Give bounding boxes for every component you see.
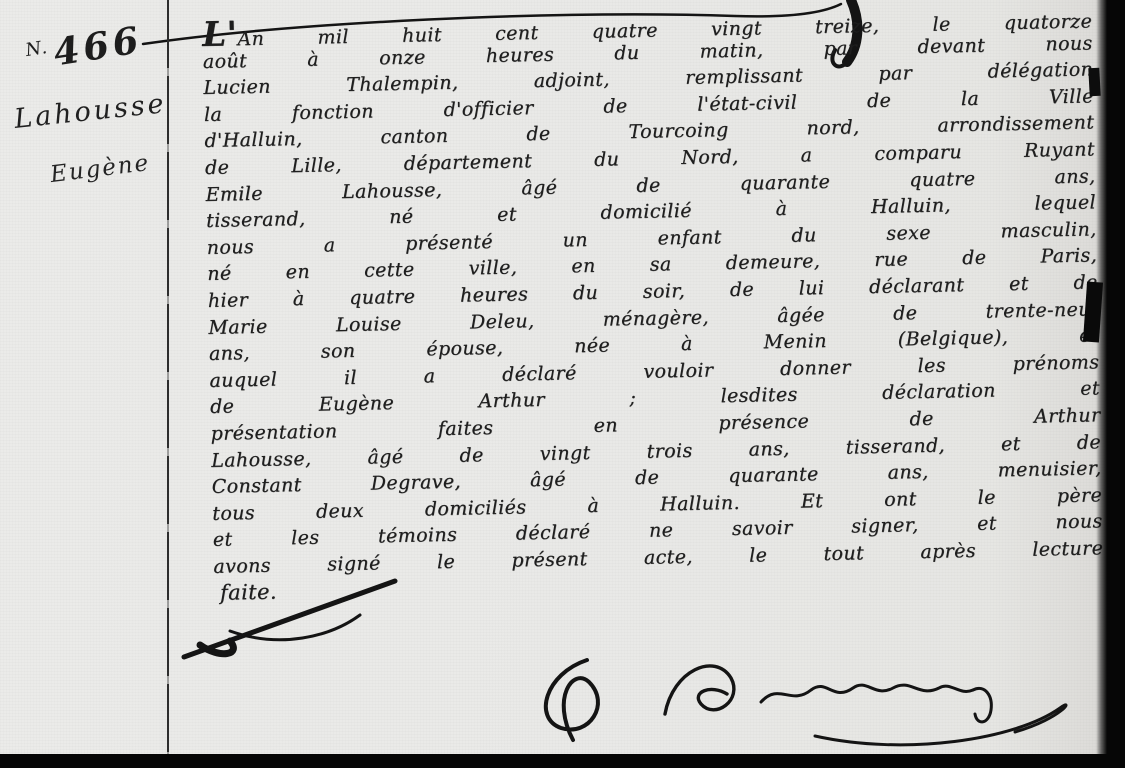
margin-rule — [167, 0, 169, 754]
act-number: N. 466 — [23, 17, 145, 79]
page-edge-right — [1096, 0, 1125, 768]
margin-surname: Lahousse — [13, 88, 168, 135]
margin-given-name: Eugène — [49, 150, 152, 188]
act-number-label: N. — [24, 37, 49, 61]
page-edge-bottom — [0, 754, 1125, 768]
civil-register-scan: N. 466 Lahousse Eugène L'An mil huit cen… — [0, 0, 1125, 768]
act-text: L'An mil huit cent quatre vingt treize, … — [202, 3, 1104, 607]
page-edge-notch — [1088, 68, 1100, 97]
officiant-signature — [515, 640, 1100, 758]
act-number-value: 466 — [50, 17, 145, 74]
